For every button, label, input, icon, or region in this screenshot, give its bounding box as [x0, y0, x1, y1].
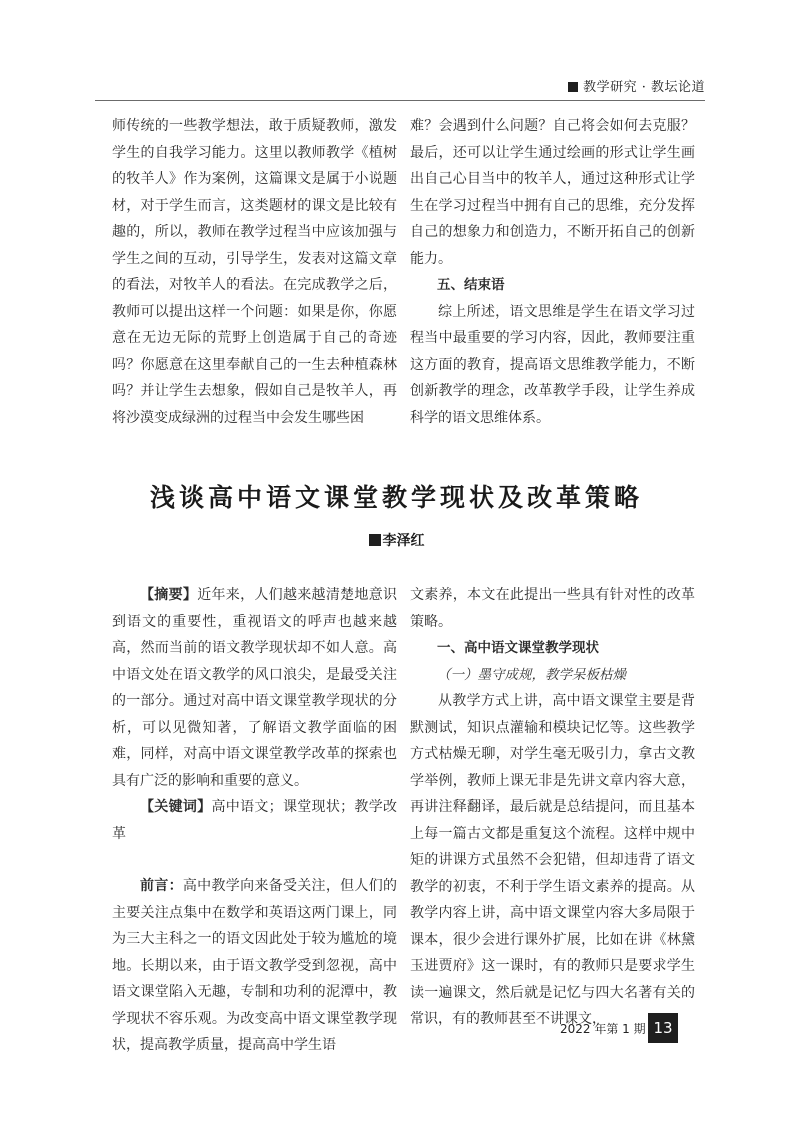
page-number: 13: [648, 1013, 678, 1043]
page-footer: 2022 年第 1 期 13: [560, 1013, 710, 1043]
subsection1-paragraph: 从教学方式上讲，高中语文课堂主要是背默测试，知识点灌输和模块记忆等。这些教学方式…: [410, 688, 695, 1033]
abstract-paragraph: 【摘要】近年来，人们越来越清楚地意识到语文的重要性，重视语文的呼声也越来越高，然…: [112, 582, 397, 794]
conclusion-heading: 五、结束语: [410, 272, 695, 299]
article-right-column: 文素养，本文在此提出一些具有针对性的改革策略。 一、高中语文课堂教学现状 （一）…: [410, 582, 695, 1033]
section-label: 教学研究 · 教坛论道: [568, 76, 705, 95]
prev-article-paragraph: 师传统的一些教学想法，敢于质疑教师，激发学生的自我学习能力。这里以教师教学《植树…: [112, 113, 397, 431]
square-bullet-icon: [369, 534, 381, 546]
section-label-text: 教学研究 · 教坛论道: [583, 80, 705, 95]
keywords-label: 【关键词】: [140, 799, 211, 815]
abstract-text: 近年来，人们越来越清楚地意识到语文的重要性，重视语文的呼声也越来越高，然而当前的…: [112, 587, 397, 789]
subsection1-heading: （一）墨守成规，教学呆板枯燥: [410, 662, 695, 689]
prev-article-paragraph-cont: 难？会遇到什么问题？自己将会如何去克服？最后，还可以让学生通过绘画的形式让学生画…: [410, 113, 695, 272]
conclusion-paragraph: 综上所述，语文思维是学生在语文学习过程当中最重要的学习内容，因此，教师要注重这方…: [410, 299, 695, 432]
intro-paragraph-cont: 文素养，本文在此提出一些具有针对性的改革策略。: [410, 582, 695, 635]
prev-article-left-column: 师传统的一些教学想法，敢于质疑教师，激发学生的自我学习能力。这里以教师教学《植树…: [112, 113, 397, 431]
article-author: 李泽红: [0, 530, 793, 550]
square-bullet-icon: [568, 82, 578, 92]
prev-article-right-column: 难？会遇到什么问题？自己将会如何去克服？最后，还可以让学生通过绘画的形式让学生画…: [410, 113, 695, 431]
keywords-paragraph: 【关键词】高中语文；课堂现状；教学改革: [112, 794, 397, 847]
spacer: [112, 847, 397, 873]
running-header: 教学研究 · 教坛论道: [95, 70, 705, 101]
section1-heading: 一、高中语文课堂教学现状: [410, 635, 695, 662]
author-name: 李泽红: [383, 533, 425, 549]
abstract-label: 【摘要】: [140, 587, 197, 603]
intro-text: 高中教学向来备受关注，但人们的主要关注点集中在数学和英语这两门课上，同为三大主科…: [112, 878, 397, 1053]
article-left-column: 【摘要】近年来，人们越来越清楚地意识到语文的重要性，重视语文的呼声也越来越高，然…: [112, 582, 397, 1059]
intro-label: 前言：: [140, 878, 183, 894]
intro-paragraph: 前言：高中教学向来备受关注，但人们的主要关注点集中在数学和英语这两门课上，同为三…: [112, 873, 397, 1059]
article-title: 浅谈高中语文课堂教学现状及改革策略: [0, 478, 793, 514]
issue-label: 2022 年第 1 期: [560, 1020, 646, 1037]
